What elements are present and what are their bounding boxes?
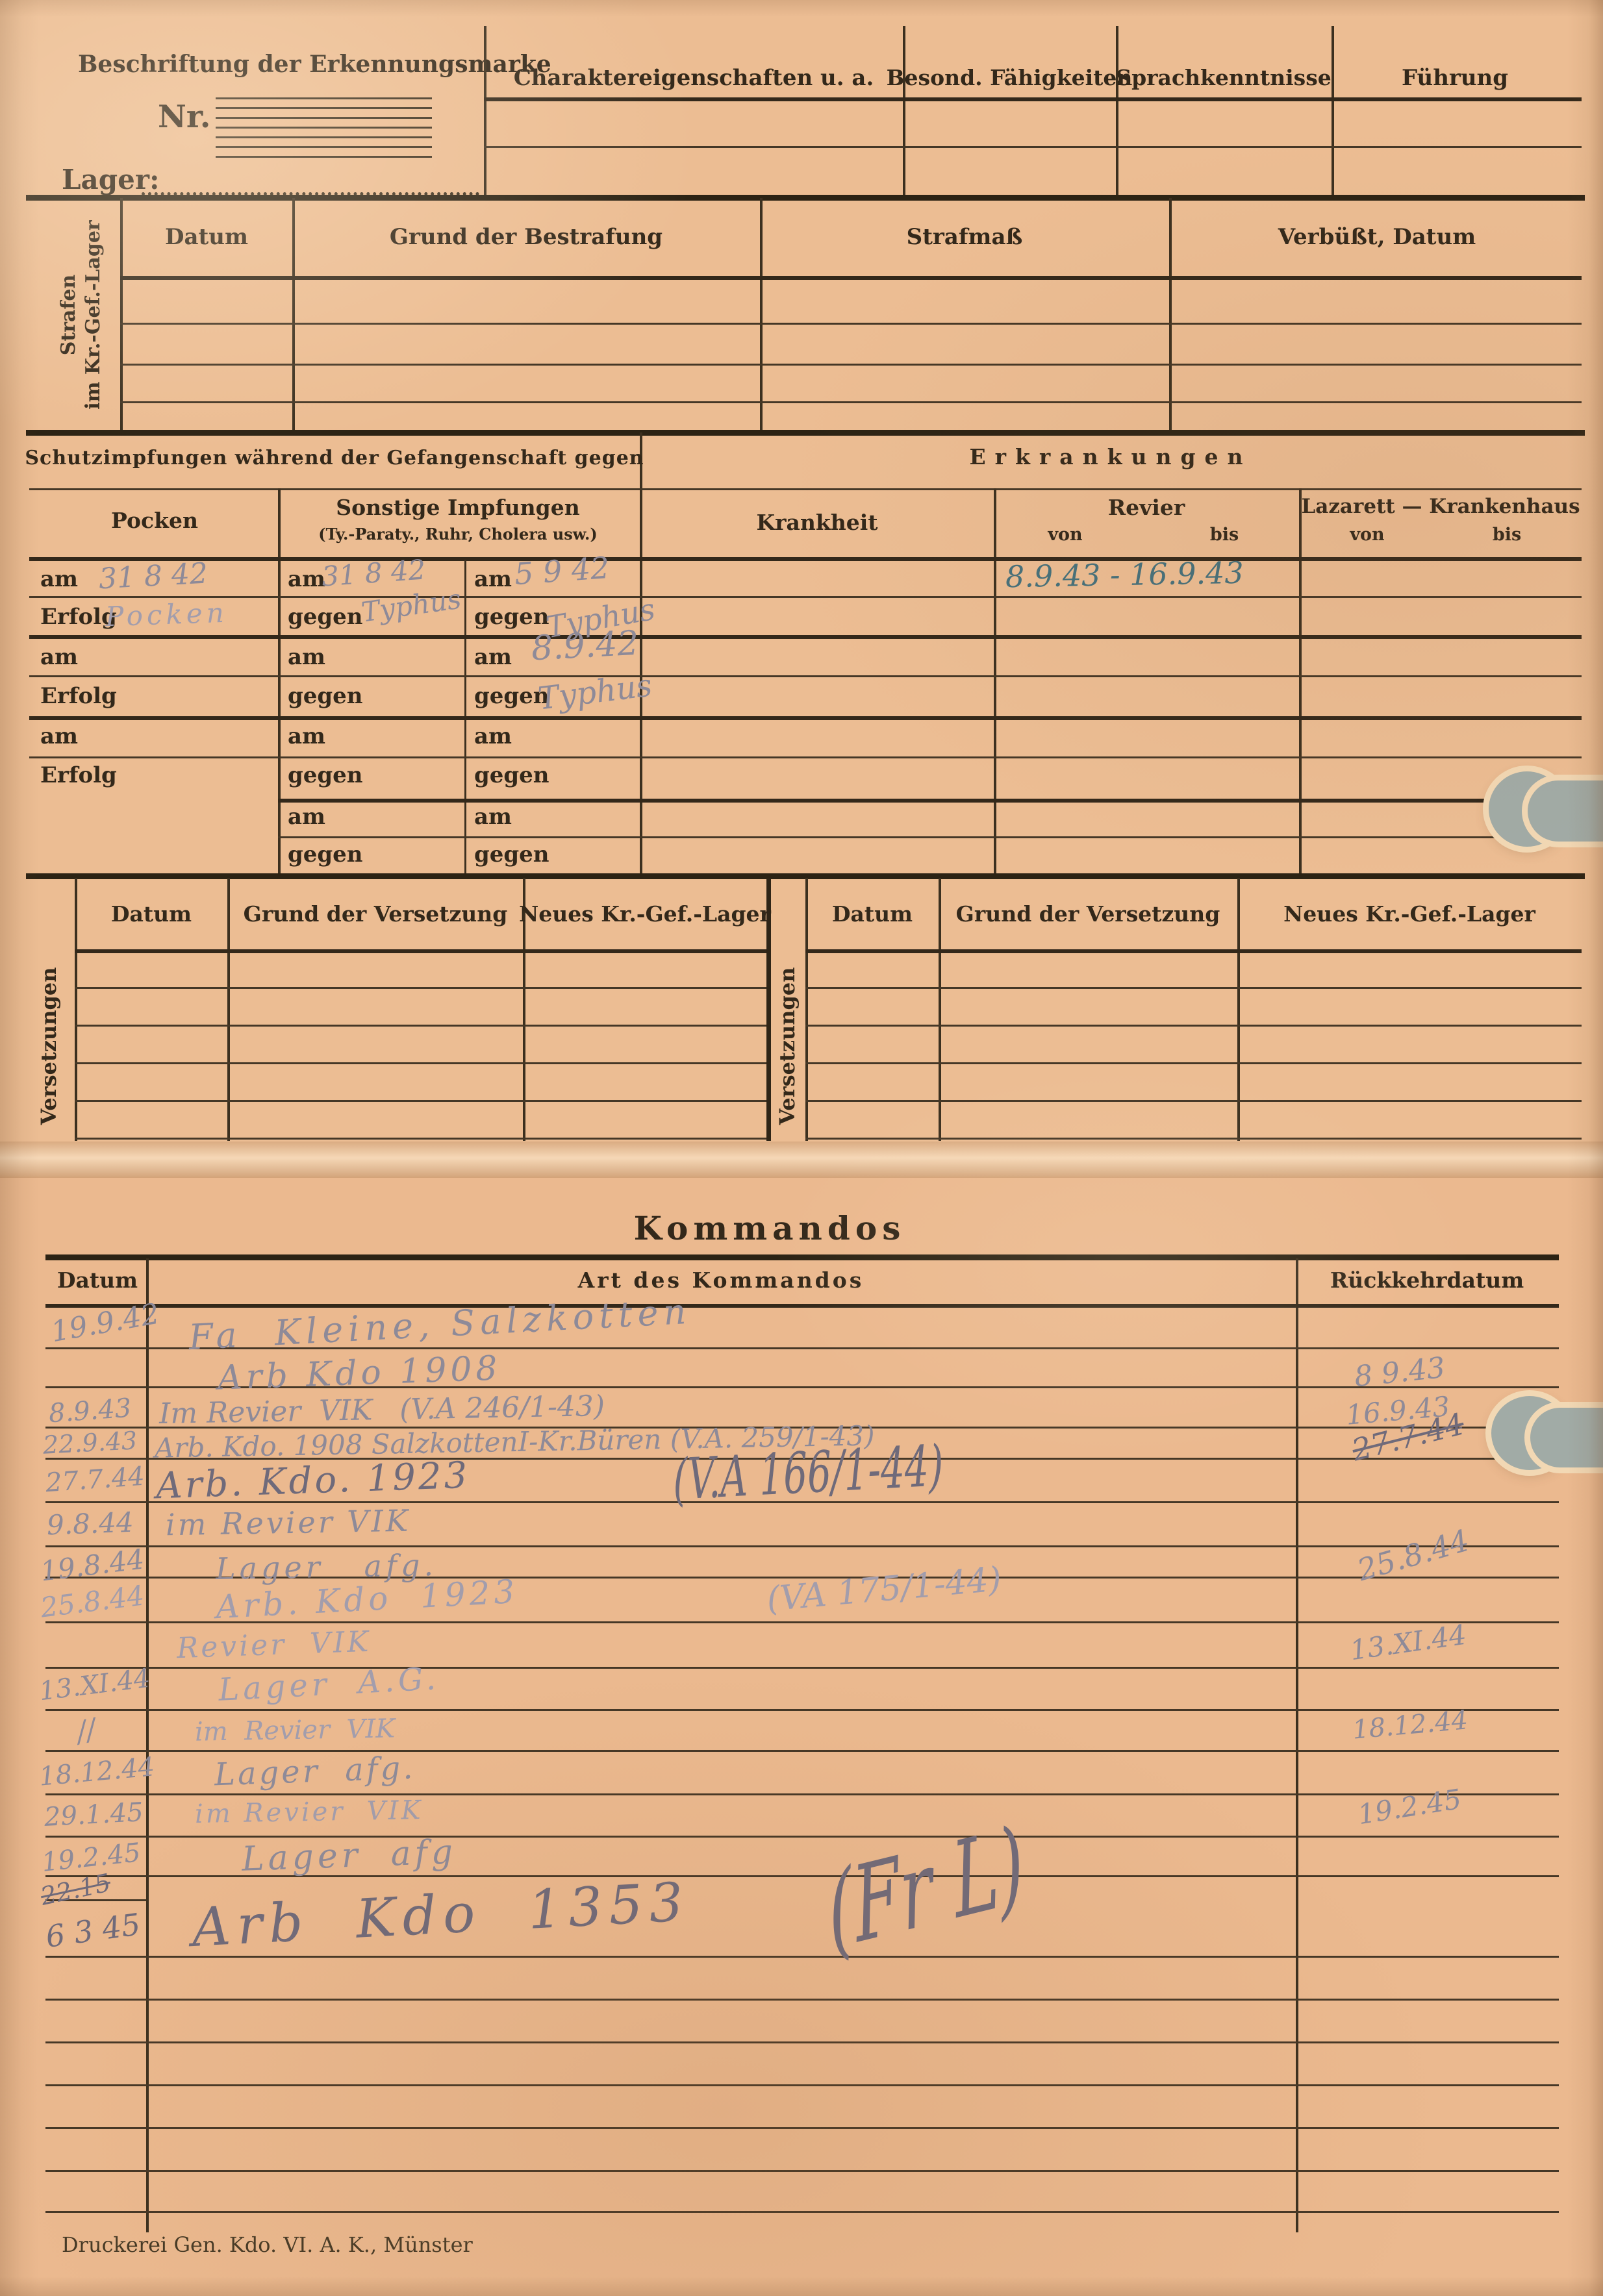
gegen-label: gegen [288,762,363,788]
pow-record-card: Beschriftung der Erkennungsmarke Nr. Lag… [0,0,1603,2296]
versetzungen-col-datum: Datum [111,901,192,927]
nr-label: Nr. [158,99,210,135]
kdo-row-art: Arb Kdo 1908 [217,1349,501,1397]
strafen-col-strafmass: Strafmaß [907,224,1023,250]
am-label: am [474,566,512,592]
erkennungsmarke-title: Beschriftung der Erkennungsmarke [78,51,551,78]
hw-imp3-am1: 5 9 42 [513,550,611,592]
sonstige-header: Sonstige Impfungen [336,495,579,520]
strafen-col-grund: Grund der Bestrafung [390,224,663,250]
kdo-row-art: Revier VIK [176,1625,372,1665]
kdo-row-art: im Revier VIK [166,1503,411,1543]
fold-crease [0,1142,1603,1178]
hw-imp2-am1: 31 8 42 [320,553,426,592]
am-label: am [288,644,325,670]
kdo-row-datum: 29.1.45 [44,1797,144,1832]
am-label: am [40,566,78,592]
lazarett-bis: bis [1493,525,1521,545]
kdo-row-rueckkehr: 19.2.45 [1356,1783,1463,1830]
gegen-label: gegen [474,604,549,630]
col-besond-faehigkeiten: Besond. Fähigkeiten [887,65,1133,90]
strafen-col-datum: Datum [165,224,248,250]
gegen-label: gegen [288,604,363,630]
kdo-row-datum: 27.7.44 [45,1462,146,1499]
assessment-divider [1116,26,1118,198]
erfolg-label: Erfolg [40,762,117,788]
kdo-row-art: Lager afg [241,1832,457,1879]
kdo-row-art: im Revier VIK [195,1795,423,1829]
am-label: am [474,804,512,830]
revier-bis: bis [1210,525,1239,545]
impfungen-title: Schutzimpfungen während der Gefangenscha… [25,447,644,469]
kdo-row-datum: 6 3 45 [44,1906,142,1954]
hw-pocken-erfolg1: Pocken [105,597,228,633]
strafen-col-verbuesst: Verbüßt, Datum [1278,224,1476,250]
lazarett-header: Lazarett — Krankenhaus [1301,495,1580,518]
am-label: am [288,723,325,749]
nr-ruled-field [216,97,432,165]
kdo-row-art: Lager afg. [214,1750,416,1793]
hw-imp3-am2: 8.9.42 [531,624,640,669]
versetzungen-col-grund: Grund der Versetzung [244,901,508,927]
kdo-row-art: Arb Kdo 1353 [190,1871,691,1959]
am-label: am [40,644,78,670]
hole-punch-tear [1530,1408,1603,1467]
kdo-row-datum: 8.9.43 [48,1393,133,1429]
versetzungen-side-label: Versetzungen [775,910,800,1182]
am-label: am [288,804,325,830]
lazarett-von: von [1350,525,1384,545]
kdo-row-datum: 13.XI.44 [38,1664,152,1707]
kdo-row-rueckkehr: 13.XI.44 [1348,1619,1468,1667]
lager-ruled-field [142,168,479,195]
gegen-label: gegen [288,842,363,867]
erkrankungen-title: Erkrankungen [969,444,1252,469]
kdo-row-datum: // [73,1712,99,1749]
assessment-divider [903,26,905,198]
gegen-label: gegen [474,842,549,867]
revier-header: Revier [1108,495,1185,520]
printer-imprint: Druckerei Gen. Kdo. VI. A. K., Münster [62,2232,473,2257]
versetzungen-col-datum: Datum [832,901,913,927]
hw-revier-entry: 8.9.43 - 16.9.43 [1005,555,1244,594]
am-label: am [474,644,512,670]
kdo-row-note: (Fr L) [822,1804,1029,1973]
gegen-label: gegen [288,683,363,709]
assessment-divider [1332,26,1334,198]
col-sprachkenntnisse: Sprachkenntnisse [1116,65,1332,90]
versetzungen-col-lager: Neues Kr.-Gef.-Lager [1283,901,1535,927]
kdo-row-datum: 18.12.44 [38,1752,155,1791]
pocken-header: Pocken [111,508,198,533]
col-charaktereigenschaften: Charaktereigenschaften u. a. [514,65,874,91]
kdo-row-note: (V.A 166/1-44) [672,1432,944,1513]
krankheit-header: Krankheit [756,510,877,535]
kommandos-col-rueckkehr: Rückkehrdatum [1330,1267,1524,1293]
kdo-row-rueckkehr: 18.12.44 [1351,1705,1469,1745]
kdo-row-datum: 9.8.44 [46,1506,134,1541]
versetzungen-side-label: Versetzungen [36,910,61,1182]
kdo-row-art: Im Revier VIK (V.A 246/1-43) [159,1390,605,1430]
hw-imp2-gegen1: Typhus [359,583,463,629]
am-label: am [288,566,325,592]
revier-von: von [1048,525,1082,545]
am-label: am [474,723,512,749]
col-fuehrung: Führung [1402,65,1508,91]
kdo-row-note: (VA 175/1-44) [765,1560,1003,1619]
assessment-divider [484,26,486,198]
versetzungen-col-lager: Neues Kr.-Gef.-Lager [519,901,771,927]
kdo-row-datum: 25.8.44 [39,1579,146,1623]
versetzungen-col-grund: Grund der Versetzung [956,901,1220,927]
kdo-row-art: im Revier VIK [195,1714,396,1747]
kommandos-col-datum: Datum [57,1267,138,1293]
kdo-row-datum: 22.9.43 [42,1426,138,1460]
erfolg-label: Erfolg [40,683,117,709]
gegen-label: gegen [474,762,549,788]
strafen-side-label: Strafen im Kr.-Gef.-Lager [57,198,106,432]
kommandos-title: Kommandos [634,1209,906,1247]
hole-punch-tear [1528,780,1603,842]
hw-pocken-am1: 31 8 42 [98,557,208,596]
kommandos-col-art: Art des Kommandos [578,1267,865,1293]
am-label: am [40,723,78,749]
sonstige-subnote: (Ty.-Paraty., Ruhr, Cholera usw.) [318,525,597,543]
